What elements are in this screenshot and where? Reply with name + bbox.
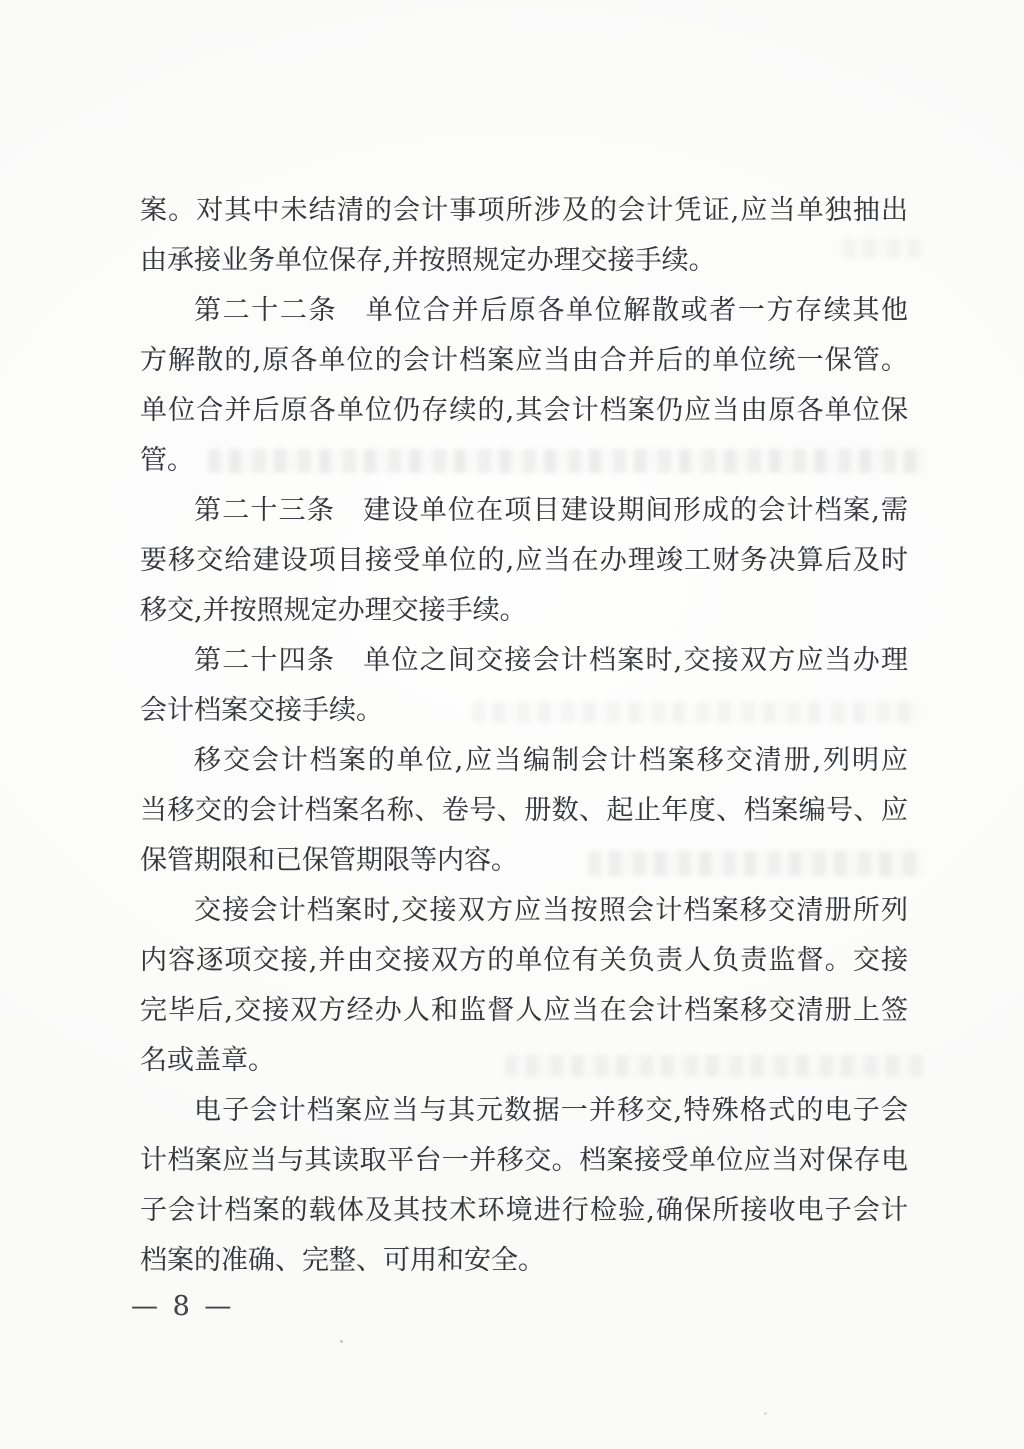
text-line-article-24: 第二十四条 单位之间交接会计档案时,交接双方应当办理 bbox=[140, 636, 908, 686]
scan-speck bbox=[340, 1340, 343, 1343]
text-line: 移交会计档案的单位,应当编制会计档案移交清册,列明应 bbox=[140, 736, 908, 786]
page-number: — 8 — bbox=[131, 1290, 234, 1324]
document-text-block: 案。对其中未结清的会计事项所涉及的会计凭证,应当单独抽出 由承接业务单位保存,并… bbox=[140, 186, 908, 1286]
text-line: 管。 bbox=[140, 436, 908, 486]
text-line: 方解散的,原各单位的会计档案应当由合并后的单位统一保管。 bbox=[140, 336, 908, 386]
scan-speck bbox=[764, 1412, 767, 1415]
text-line: 由承接业务单位保存,并按照规定办理交接手续。 bbox=[140, 236, 908, 286]
text-line: 当移交的会计档案名称、卷号、册数、起止年度、档案编号、应 bbox=[140, 786, 908, 836]
text-line: 档案的准确、完整、可用和安全。 bbox=[140, 1236, 908, 1286]
text-line: 子会计档案的载体及其技术环境进行检验,确保所接收电子会计 bbox=[140, 1186, 908, 1236]
text-line: 要移交给建设项目接受单位的,应当在办理竣工财务决算后及时 bbox=[140, 536, 908, 586]
scanned-document-page: 案。对其中未结清的会计事项所涉及的会计凭证,应当单独抽出 由承接业务单位保存,并… bbox=[0, 0, 1024, 1449]
text-line: 移交,并按照规定办理交接手续。 bbox=[140, 586, 908, 636]
text-line: 单位合并后原各单位仍存续的,其会计档案仍应当由原各单位保 bbox=[140, 386, 908, 436]
text-line: 交接会计档案时,交接双方应当按照会计档案移交清册所列 bbox=[140, 886, 908, 936]
text-line: 电子会计档案应当与其元数据一并移交,特殊格式的电子会 bbox=[140, 1086, 908, 1136]
text-line: 计档案应当与其读取平台一并移交。档案接受单位应当对保存电 bbox=[140, 1136, 908, 1186]
text-line: 名或盖章。 bbox=[140, 1036, 908, 1086]
text-line: 保管期限和已保管期限等内容。 bbox=[140, 836, 908, 886]
text-line-article-22: 第二十二条 单位合并后原各单位解散或者一方存续其他 bbox=[140, 286, 908, 336]
text-line: 案。对其中未结清的会计事项所涉及的会计凭证,应当单独抽出 bbox=[140, 186, 908, 236]
text-line: 内容逐项交接,并由交接双方的单位有关负责人负责监督。交接 bbox=[140, 936, 908, 986]
text-line-article-23: 第二十三条 建设单位在项目建设期间形成的会计档案,需 bbox=[140, 486, 908, 536]
text-line: 完毕后,交接双方经办人和监督人应当在会计档案移交清册上签 bbox=[140, 986, 908, 1036]
text-line: 会计档案交接手续。 bbox=[140, 686, 908, 736]
